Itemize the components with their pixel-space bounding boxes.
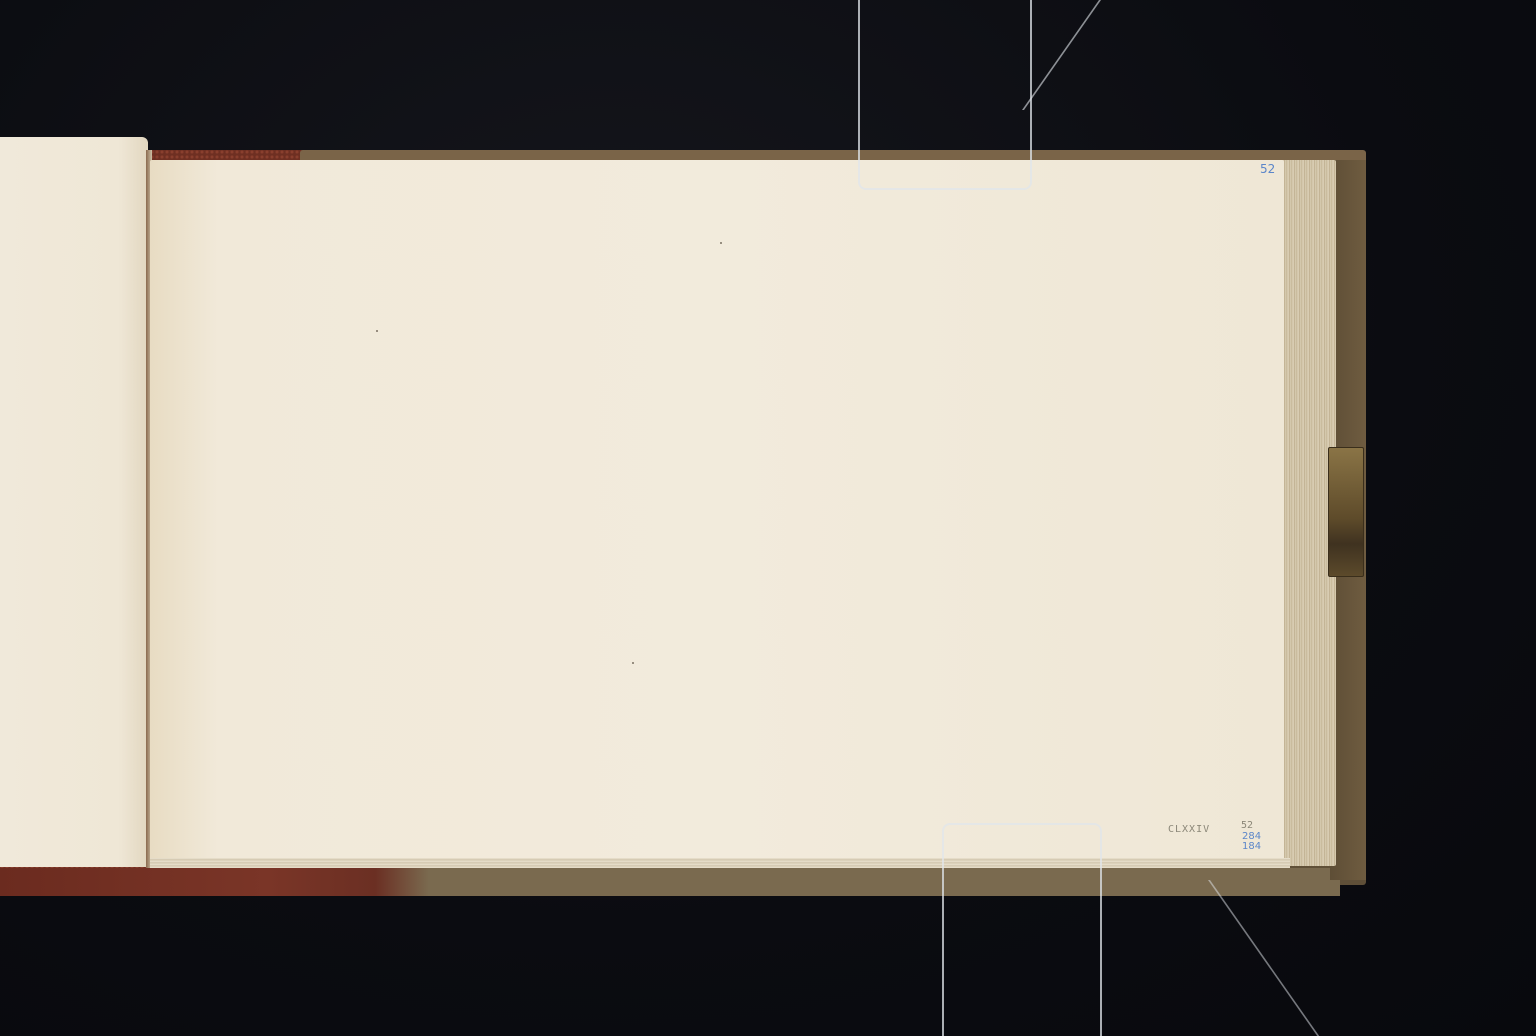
paper-speck <box>632 662 634 664</box>
left-page <box>0 137 148 867</box>
blue-number-bottom: 184 <box>1242 842 1261 852</box>
catalogue-number: 52 <box>1241 820 1253 831</box>
page-number: 52 <box>1260 162 1275 176</box>
brass-clasp <box>1328 447 1364 577</box>
paper-speck <box>720 242 722 244</box>
paper-speck <box>376 330 378 332</box>
top-wire-holder <box>858 0 1032 190</box>
page-bottom-edge <box>150 858 1290 868</box>
catalogue-inscription: CLXXIV <box>1168 824 1210 835</box>
blue-pencil-numbers: 284 184 <box>1242 832 1261 852</box>
bottom-wire-holder <box>942 823 1102 1036</box>
right-page <box>150 160 1284 860</box>
